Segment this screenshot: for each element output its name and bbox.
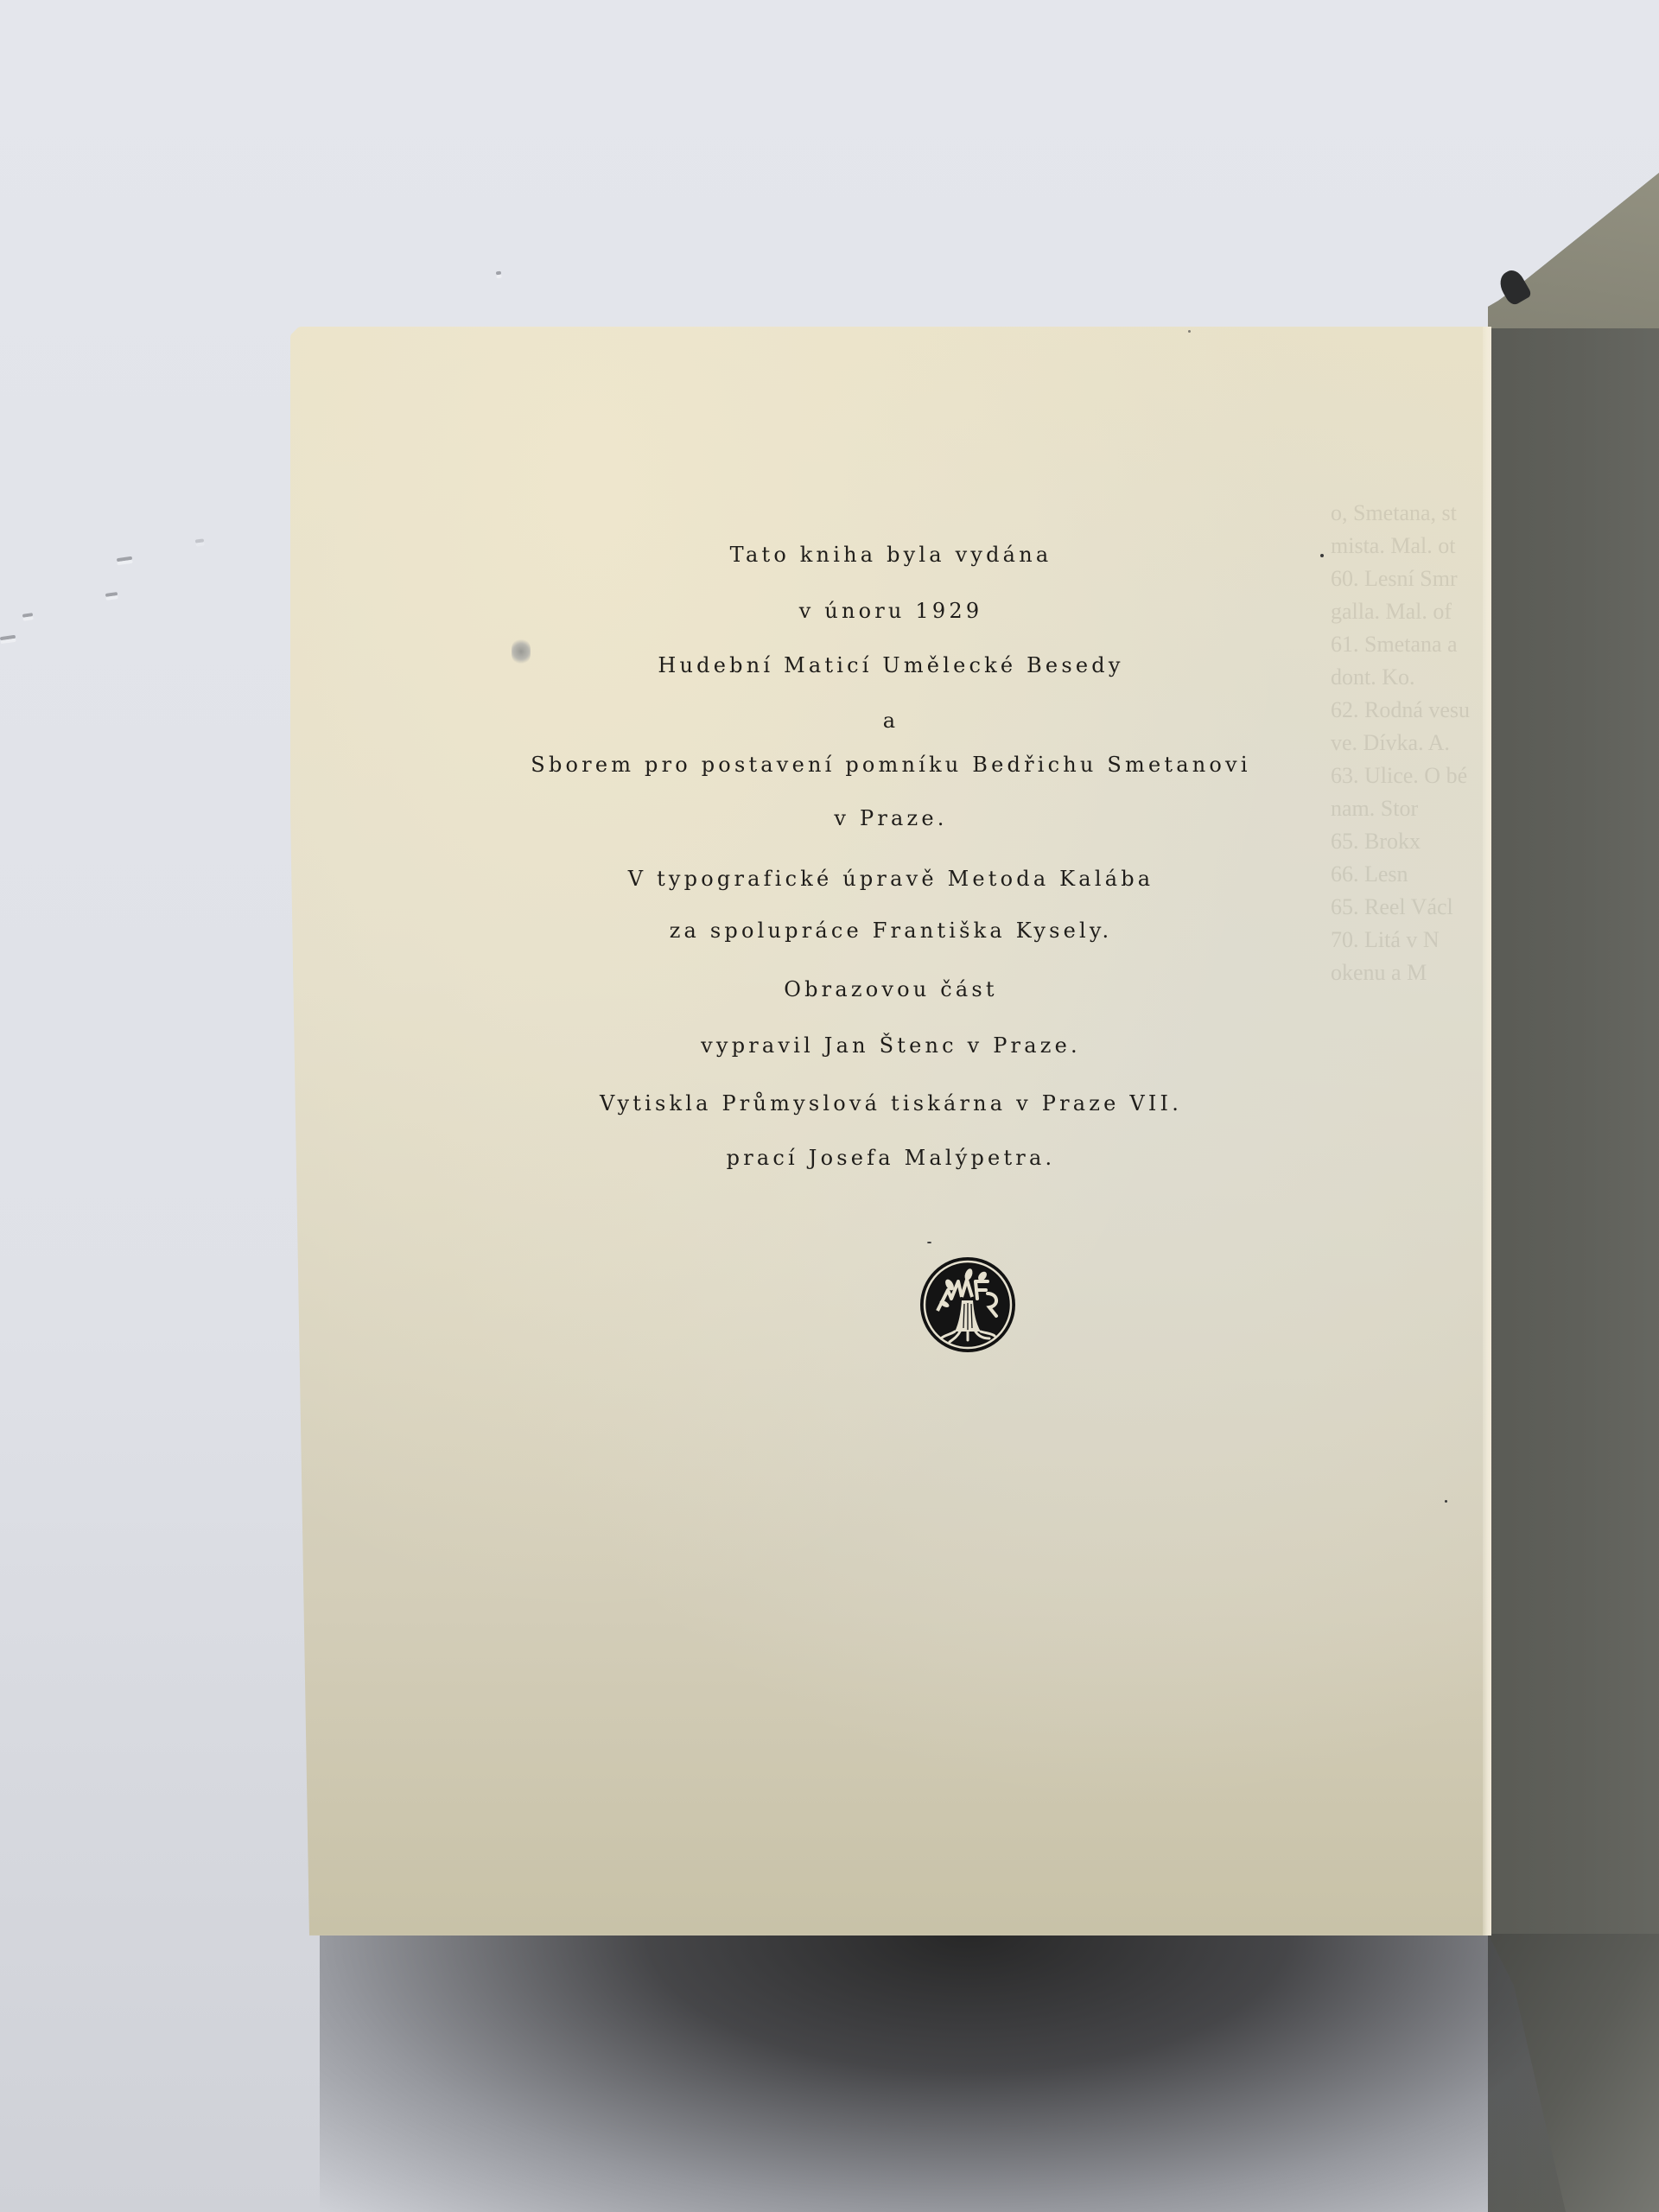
colophon-line-date: v únoru 1929 — [290, 599, 1491, 623]
colophon-line-copublisher: Sborem pro postavení pomníku Bedřichu Sm… — [290, 753, 1491, 777]
page-shadow — [320, 1934, 1616, 2212]
surface-mark — [117, 556, 132, 562]
colophon-line-illustrations: Obrazovou část — [290, 977, 1491, 1001]
surface-mark — [0, 635, 16, 640]
colophon-line-and: a — [290, 709, 1491, 733]
surface-mark — [496, 271, 501, 276]
colophon-line-typography: V typografické úpravě Metoda Kalába — [290, 867, 1491, 891]
surface-mark — [22, 613, 33, 618]
colophon-line-printer: Vytiskla Průmyslová tiskárna v Praze VII… — [290, 1091, 1491, 1116]
page-speck — [927, 1242, 931, 1243]
colophon-line-craftsman: prací Josefa Malýpetra. — [290, 1146, 1491, 1170]
colophon-line-published: Tato kniha byla vydána — [290, 543, 1491, 567]
surface-mark — [105, 592, 118, 597]
tree-monogram-emblem-icon — [918, 1255, 1017, 1354]
surface-mark — [195, 538, 204, 543]
colophon-line-collaboration: za spolupráce Františka Kysely. — [290, 918, 1491, 943]
page-edge — [1483, 327, 1491, 1935]
book-page — [290, 327, 1491, 1935]
book-cover — [1488, 173, 1659, 2212]
colophon-line-city: v Praze. — [290, 806, 1491, 830]
page-speck — [1188, 330, 1191, 333]
colophon-line-illustrator: vypravil Jan Štenc v Praze. — [290, 1033, 1491, 1058]
colophon-line-publisher: Hudební Maticí Umělecké Besedy — [290, 653, 1491, 677]
page-speck — [1445, 1500, 1447, 1503]
bleed-through-text: o, Smetana, stmista. Mal. ot60. Lesní Sm… — [1331, 497, 1478, 989]
